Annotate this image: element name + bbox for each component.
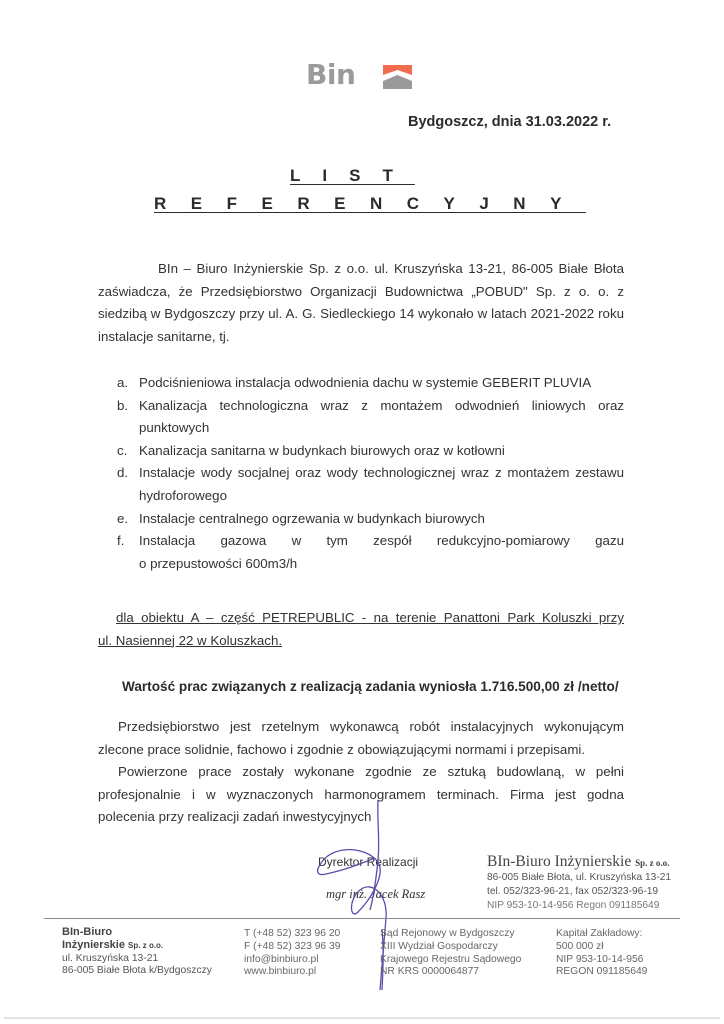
footer-divider: [44, 918, 680, 919]
list-item: f.Instalacja gazowa w tym zespół redukcy…: [117, 530, 624, 575]
list-item: a.Podciśnieniowa instalacja odwodnienia …: [117, 372, 624, 395]
place-date: Bydgoszcz, dnia 31.03.2022 r.: [408, 114, 611, 130]
company-stamp: BIn-Biuro Inżynierskie Sp. z o.o. 86-005…: [487, 853, 697, 913]
footer-registry: Sąd Rejonowy w Bydgoszczy XIII Wydział G…: [380, 928, 521, 979]
list-item: d.Instalacje wody socjalnej oraz wody te…: [117, 462, 624, 507]
object-location: dla obiektu A – część PETREPUBLIC - na t…: [98, 607, 624, 652]
intro-rest: zaświadcza, że Przedsiębiorstwo Organiza…: [98, 284, 624, 344]
list-item: e.Instalacje centralnego ogrzewania w bu…: [117, 508, 624, 531]
contract-value: Wartość prac związanych z realizacją zad…: [122, 679, 619, 694]
title-line-1: LIST: [290, 166, 415, 186]
list-item: c.Kanalizacja sanitarna w budynkach biur…: [117, 440, 624, 463]
footer-capital: Kapitał Zakładowy: 500 000 zł NIP 953-10…: [556, 928, 647, 979]
logo-text: Bin: [306, 58, 355, 92]
website-link[interactable]: www.binbiuro.pl: [244, 966, 340, 979]
company-logo: Bin: [306, 58, 422, 92]
page-edge: [4, 1017, 720, 1019]
footer-contact: T (+48 52) 323 96 20 F (+48 52) 323 96 3…: [244, 928, 340, 979]
email-link[interactable]: info@binbiuro.pl: [244, 954, 340, 967]
closing-paragraph-1: Przedsiębiorstwo jest rzetelnym wykonawc…: [98, 716, 624, 761]
title-line-2: REFERENCYJNY: [154, 194, 586, 214]
intro-first: BIn – Biuro Inżynierskie Sp. z o.o. ul. …: [98, 261, 624, 276]
list-item: b.Kanalizacja technologiczna wraz z mont…: [117, 395, 624, 440]
work-list: a.Podciśnieniowa instalacja odwodnienia …: [117, 372, 624, 575]
logo-roof-icon: [382, 64, 413, 90]
intro-paragraph: BIn – Biuro Inżynierskie Sp. z o.o. ul. …: [98, 258, 624, 348]
footer-company: BIn-Biuro Inżynierskie Sp. z o.o. ul. Kr…: [62, 926, 212, 978]
